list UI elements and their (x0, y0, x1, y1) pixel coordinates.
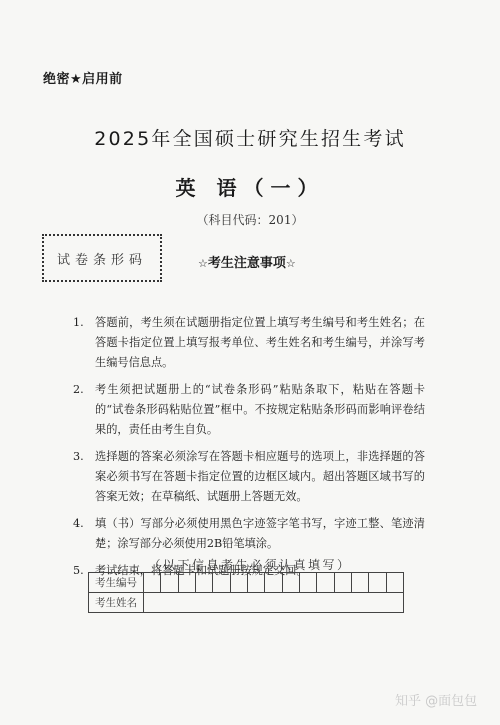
item-number: 1. (73, 313, 95, 373)
item-text: 考生须把试题册上的“试卷条形码”粘贴条取下，粘贴在答题卡的“试卷条形码粘贴位置”… (95, 380, 425, 440)
barcode-box: 试卷条形码 (42, 234, 162, 282)
candidate-name-label: 考生姓名 (89, 593, 144, 613)
item-number: 3. (73, 447, 95, 507)
list-item: 1.答题前，考生须在试题册指定位置上填写考生编号和考生姓名；在答题卡指定位置上填… (73, 313, 425, 373)
candidate-number-cell[interactable] (299, 573, 316, 593)
candidate-name-field[interactable] (144, 593, 404, 613)
candidate-number-cell[interactable] (230, 573, 247, 593)
barcode-label: 试卷条形码 (57, 249, 147, 268)
candidate-number-cell[interactable] (161, 573, 178, 593)
candidate-number-cell[interactable] (317, 573, 334, 593)
exam-title: 2025年全国硕士研究生招生考试 (0, 124, 500, 151)
candidate-number-cell[interactable] (144, 573, 161, 593)
fill-instruction: （以下信息考生必须认真填写） (0, 556, 500, 573)
candidate-number-cell[interactable] (351, 573, 368, 593)
item-number: 4. (73, 514, 95, 554)
subject-code: （科目代码：201） (0, 211, 500, 228)
list-item: 3.选择题的答案必须涂写在答题卡相应题号的选项上，非选择题的答案必须书写在答题卡… (73, 447, 425, 507)
item-text: 填（书）写部分必须使用黑色字迹签字笔书写，字迹工整、笔迹清楚；涂写部分必须使用2… (95, 514, 425, 554)
star-icon: ☆ (286, 257, 296, 270)
candidate-number-cell[interactable] (282, 573, 299, 593)
candidate-number-cell[interactable] (178, 573, 195, 593)
notice-heading-text: 考生注意事项 (208, 256, 286, 271)
candidate-number-cell[interactable] (213, 573, 230, 593)
candidate-name-row: 考生姓名 (89, 593, 404, 613)
list-item: 4.填（书）写部分必须使用黑色字迹签字笔书写，字迹工整、笔迹清楚；涂写部分必须使… (73, 514, 425, 554)
item-number: 2. (73, 380, 95, 440)
watermark: 知乎 @面包包 (395, 690, 477, 709)
subject-title: 英 语（一） (0, 172, 500, 201)
candidate-number-cell[interactable] (265, 573, 282, 593)
candidate-info-table: 考生编号 考生姓名 (88, 572, 404, 613)
item-text: 答题前，考生须在试题册指定位置上填写考生编号和考生姓名；在答题卡指定位置上填写报… (95, 313, 425, 373)
list-item: 2.考生须把试题册上的“试卷条形码”粘贴条取下，粘贴在答题卡的“试卷条形码粘贴位… (73, 380, 425, 440)
candidate-number-cell[interactable] (369, 573, 386, 593)
candidate-number-cell[interactable] (334, 573, 351, 593)
candidate-number-label: 考生编号 (89, 573, 144, 593)
confidential-mark: 绝密★启用前 (43, 68, 123, 87)
candidate-number-cell[interactable] (386, 573, 403, 593)
candidate-number-cell[interactable] (195, 573, 212, 593)
star-icon: ☆ (198, 257, 208, 270)
candidate-number-cell[interactable] (247, 573, 264, 593)
notice-heading: ☆考生注意事项☆ (198, 252, 296, 271)
item-text: 选择题的答案必须涂写在答题卡相应题号的选项上，非选择题的答案必须书写在答题卡指定… (95, 447, 425, 507)
candidate-number-row: 考生编号 (89, 573, 404, 593)
notice-list: 1.答题前，考生须在试题册指定位置上填写考生编号和考生姓名；在答题卡指定位置上填… (73, 313, 425, 588)
